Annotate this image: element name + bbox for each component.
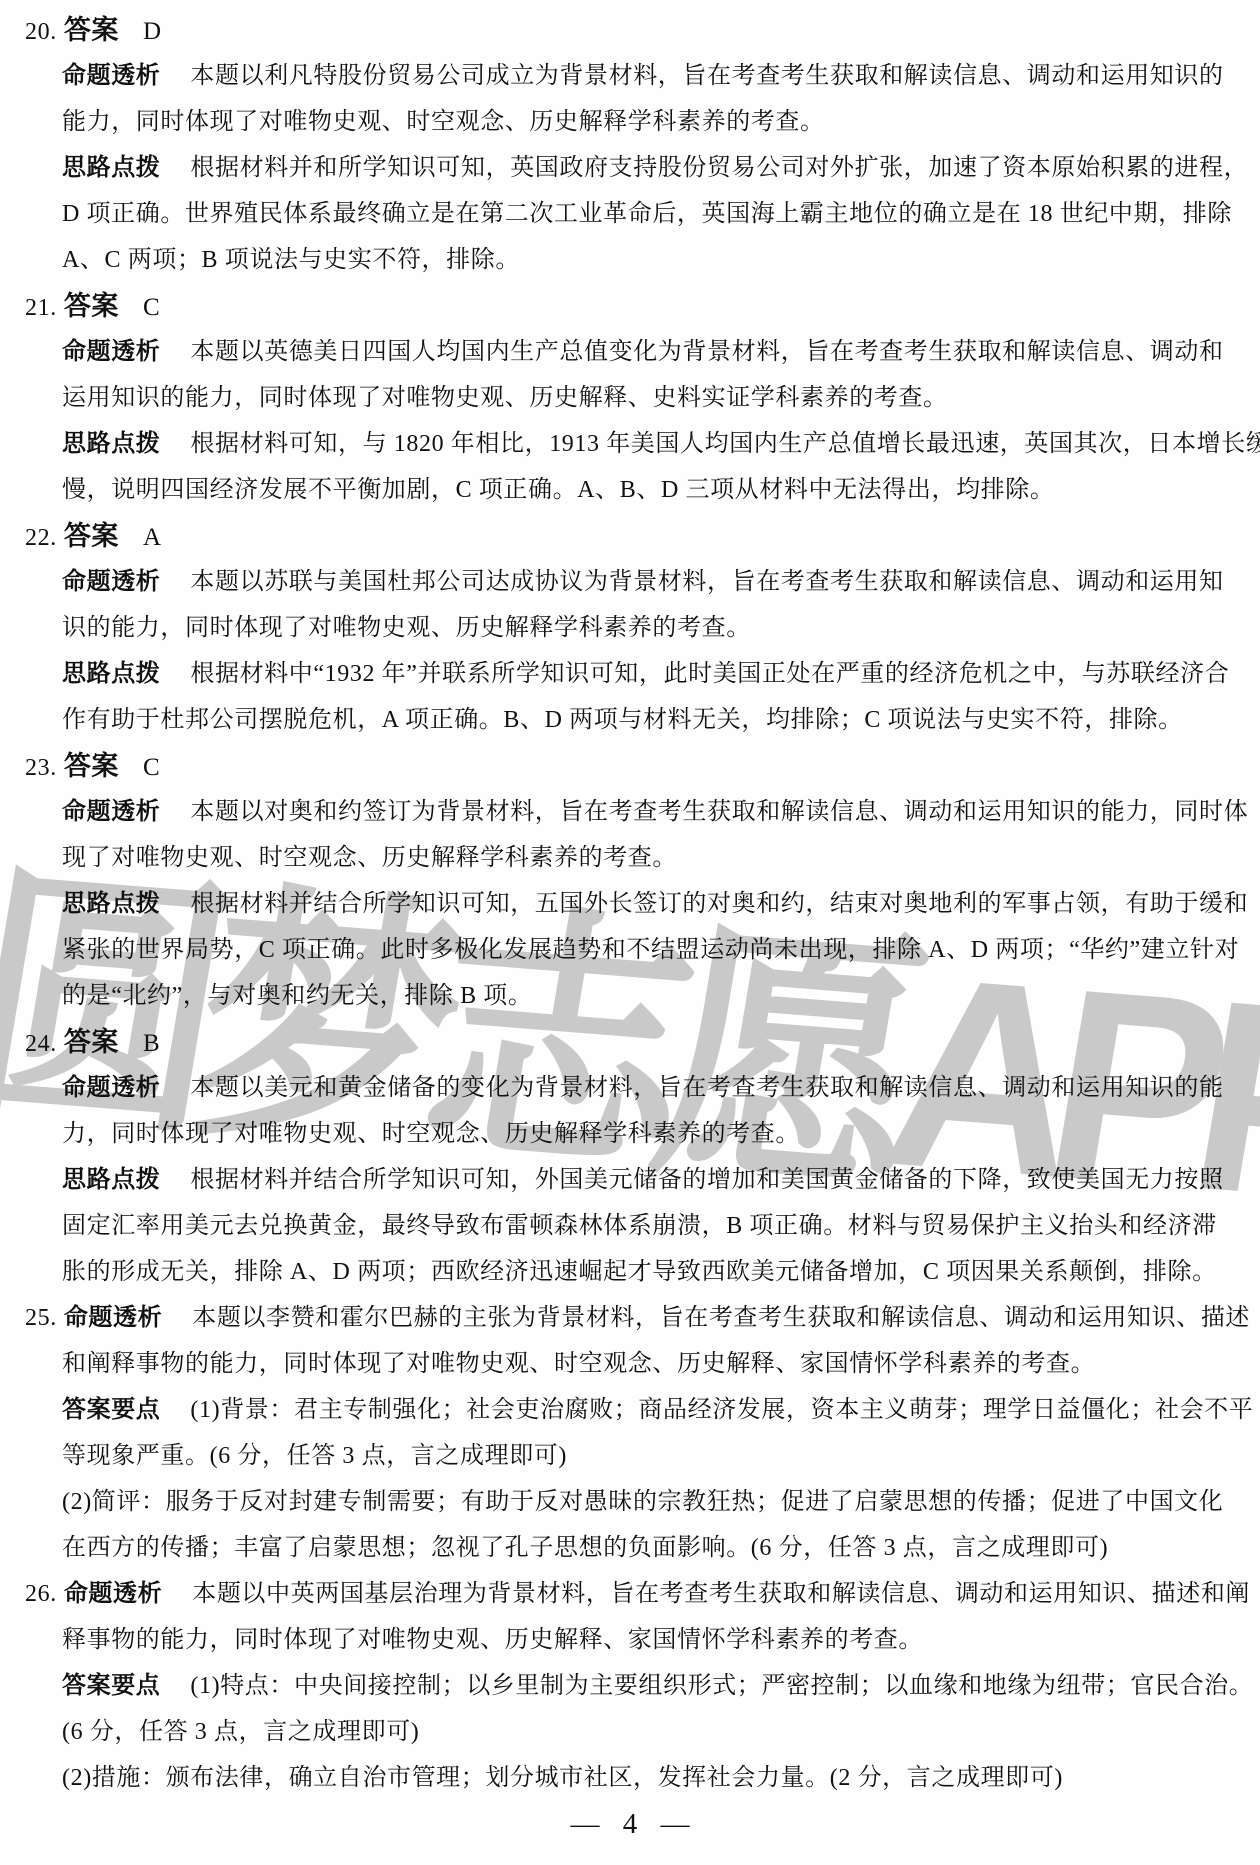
text-segment: 根据材料并结合所学知识可知，五国外长签订的对奥和约，结束对奥地利的军事占领，有助… [190, 891, 1248, 917]
text-line: 的是“北约”，与对奥和约无关，排除 B 项。 [0, 973, 1260, 1019]
section-label: 思路点拨 [62, 154, 160, 181]
text-line: 识的能力，同时体现了对唯物史观、历史解释学科素养的考查。 [0, 605, 1260, 651]
text-line: 21.答案C [0, 283, 1260, 329]
text-segment: 在西方的传播；丰富了启蒙思想；忽视了孔子思想的负面影响。(6 分，任答 3 点，… [62, 1535, 1108, 1561]
text-segment: 识的能力，同时体现了对唯物史观、历史解释学科素养的考查。 [62, 615, 751, 641]
text-segment: 等现象严重。(6 分，任答 3 点，言之成理即可) [62, 1443, 567, 1469]
question-number: 22. [25, 525, 57, 551]
section-label: 命题透析 [62, 798, 160, 825]
text-line: 命题透析本题以美元和黄金储备的变化为背景材料，旨在考查考生获取和解读信息、调动和… [0, 1065, 1260, 1111]
text-line: 慢，说明四国经济发展不平衡加剧，C 项正确。A、B、D 三项从材料中无法得出，均… [0, 467, 1260, 513]
section-label: 命题透析 [64, 1580, 162, 1607]
text-line: D 项正确。世界殖民体系最终确立是在第二次工业革命后，英国海上霸主地位的确立是在… [0, 191, 1260, 237]
answer-letter: C [143, 294, 160, 321]
text-segment: 根据材料并和所学知识可知，英国政府支持股份贸易公司对外扩张，加速了资本原始积累的… [190, 155, 1248, 181]
text-segment: D 项正确。世界殖民体系最终确立是在第二次工业革命后，英国海上霸主地位的确立是在… [62, 201, 1232, 227]
text-segment: (1)背景：君主专制强化；社会吏治腐败；商品经济发展，资本主义萌芽；理学日益僵化… [190, 1397, 1253, 1423]
text-segment: 紧张的世界局势，C 项正确。此时多极化发展趋势和不结盟运动尚未出现，排除 A、D… [62, 937, 1239, 963]
text-line: 固定汇率用美元去兑换黄金，最终导致布雷顿森林体系崩溃，B 项正确。材料与贸易保护… [0, 1203, 1260, 1249]
text-segment: 胀的形成无关，排除 A、D 两项；西欧经济迅速崛起才导致西欧美元储备增加，C 项… [62, 1259, 1217, 1285]
text-line: 24.答案B [0, 1019, 1260, 1065]
page-footer: — 4 — [0, 1801, 1260, 1847]
section-label: 思路点拨 [62, 660, 160, 687]
text-line: 释事物的能力，同时体现了对唯物史观、历史解释、家国情怀学科素养的考查。 [0, 1617, 1260, 1663]
answer-letter: A [143, 524, 162, 551]
text-line: 思路点拨根据材料中“1932 年”并联系所学知识可知，此时美国正处在严重的经济危… [0, 651, 1260, 697]
page: 圆梦志愿APP 20.答案D命题透析本题以利凡特股份贸易公司成立为背景材料，旨在… [0, 0, 1260, 1865]
answer-label: 答案 [64, 521, 119, 551]
text-line: 命题透析本题以苏联与美国杜邦公司达成协议为背景材料，旨在考查考生获取和解读信息、… [0, 559, 1260, 605]
answer-letter: B [143, 1030, 160, 1057]
question-number: 21. [25, 295, 57, 321]
text-segment: 本题以李赞和霍尔巴赫的主张为背景材料，旨在考查考生获取和解读信息、调动和运用知识… [192, 1305, 1250, 1331]
text-segment: 本题以苏联与美国杜邦公司达成协议为背景材料，旨在考查考生获取和解读信息、调动和运… [190, 569, 1223, 595]
text-line: 力，同时体现了对唯物史观、时空观念、历史解释学科素养的考查。 [0, 1111, 1260, 1157]
text-line: 命题透析本题以对奥和约签订为背景材料，旨在考查考生获取和解读信息、调动和运用知识… [0, 789, 1260, 835]
text-line: 胀的形成无关，排除 A、D 两项；西欧经济迅速崛起才导致西欧美元储备增加，C 项… [0, 1249, 1260, 1295]
answer-letter: D [143, 18, 162, 45]
question-number: 20. [25, 19, 57, 45]
text-segment: 力，同时体现了对唯物史观、时空观念、历史解释学科素养的考查。 [62, 1121, 800, 1147]
text-line: 能力，同时体现了对唯物史观、时空观念、历史解释学科素养的考查。 [0, 99, 1260, 145]
text-line: 25.命题透析本题以李赞和霍尔巴赫的主张为背景材料，旨在考查考生获取和解读信息、… [0, 1295, 1260, 1341]
text-line: 26.命题透析本题以中英两国基层治理为背景材料，旨在考查考生获取和解读信息、调动… [0, 1571, 1260, 1617]
text-line: 紧张的世界局势，C 项正确。此时多极化发展趋势和不结盟运动尚未出现，排除 A、D… [0, 927, 1260, 973]
text-line: 答案要点(1)背景：君主专制强化；社会吏治腐败；商品经济发展，资本主义萌芽；理学… [0, 1387, 1260, 1433]
text-line: (6 分，任答 3 点，言之成理即可) [0, 1709, 1260, 1755]
text-line: 答案要点(1)特点：中央间接控制；以乡里制为主要组织形式；严密控制；以血缘和地缘… [0, 1663, 1260, 1709]
text-segment: 固定汇率用美元去兑换黄金，最终导致布雷顿森林体系崩溃，B 项正确。材料与贸易保护… [62, 1213, 1217, 1239]
text-line: (2)简评：服务于反对封建专制需要；有助于反对愚昧的宗教狂热；促进了启蒙思想的传… [0, 1479, 1260, 1525]
section-label: 答案要点 [62, 1396, 160, 1423]
section-label: 命题透析 [64, 1304, 162, 1331]
text-line: 运用知识的能力，同时体现了对唯物史观、历史解释、史料实证学科素养的考查。 [0, 375, 1260, 421]
section-label: 答案要点 [62, 1672, 160, 1699]
answer-label: 答案 [64, 1027, 119, 1057]
text-segment: A、C 两项；B 项说法与史实不符，排除。 [62, 247, 520, 273]
text-segment: 和阐释事物的能力，同时体现了对唯物史观、时空观念、历史解释、家国情怀学科素养的考… [62, 1351, 1095, 1377]
text-segment: 释事物的能力，同时体现了对唯物史观、历史解释、家国情怀学科素养的考查。 [62, 1627, 923, 1653]
text-line: 命题透析本题以利凡特股份贸易公司成立为背景材料，旨在考查考生获取和解读信息、调动… [0, 53, 1260, 99]
text-line: (2)措施：颁布法律，确立自治市管理；划分城市社区，发挥社会力量。(2 分，言之… [0, 1755, 1260, 1801]
text-line: 命题透析本题以英德美日四国人均国内生产总值变化为背景材料，旨在考查考生获取和解读… [0, 329, 1260, 375]
section-label: 命题透析 [62, 568, 160, 595]
answer-label: 答案 [64, 291, 119, 321]
text-line: 23.答案C [0, 743, 1260, 789]
answers-content: 20.答案D命题透析本题以利凡特股份贸易公司成立为背景材料，旨在考查考生获取和解… [0, 0, 1260, 1801]
section-label: 命题透析 [62, 1074, 160, 1101]
text-segment: 的是“北约”，与对奥和约无关，排除 B 项。 [62, 983, 533, 1009]
text-segment: 能力，同时体现了对唯物史观、时空观念、历史解释学科素养的考查。 [62, 109, 825, 135]
text-line: 在西方的传播；丰富了启蒙思想；忽视了孔子思想的负面影响。(6 分，任答 3 点，… [0, 1525, 1260, 1571]
text-segment: (2)措施：颁布法律，确立自治市管理；划分城市社区，发挥社会力量。(2 分，言之… [62, 1765, 1063, 1791]
text-segment: 根据材料并结合所学知识可知，外国美元储备的增加和美国黄金储备的下降，致使美国无力… [190, 1167, 1223, 1193]
question-number: 25. [25, 1305, 57, 1331]
text-line: 22.答案A [0, 513, 1260, 559]
answer-label: 答案 [64, 751, 119, 781]
text-segment: 本题以利凡特股份贸易公司成立为背景材料，旨在考查考生获取和解读信息、调动和运用知… [190, 63, 1223, 89]
text-line: 思路点拨根据材料可知，与 1820 年相比，1913 年美国人均国内生产总值增长… [0, 421, 1260, 467]
section-label: 命题透析 [62, 338, 160, 365]
section-label: 思路点拨 [62, 430, 160, 457]
text-segment: 运用知识的能力，同时体现了对唯物史观、历史解释、史料实证学科素养的考查。 [62, 385, 948, 411]
text-line: 现了对唯物史观、时空观念、历史解释学科素养的考查。 [0, 835, 1260, 881]
text-line: 20.答案D [0, 7, 1260, 53]
section-label: 命题透析 [62, 62, 160, 89]
question-number: 24. [25, 1031, 57, 1057]
text-segment: 本题以英德美日四国人均国内生产总值变化为背景材料，旨在考查考生获取和解读信息、调… [190, 339, 1223, 365]
text-line: 作有助于杜邦公司摆脱危机，A 项正确。B、D 两项与材料无关，均排除；C 项说法… [0, 697, 1260, 743]
text-line: 思路点拨根据材料并和所学知识可知，英国政府支持股份贸易公司对外扩张，加速了资本原… [0, 145, 1260, 191]
text-segment: 根据材料可知，与 1820 年相比，1913 年美国人均国内生产总值增长最迅速，… [190, 431, 1260, 457]
text-line: 等现象严重。(6 分，任答 3 点，言之成理即可) [0, 1433, 1260, 1479]
text-segment: 根据材料中“1932 年”并联系所学知识可知，此时美国正处在严重的经济危机之中，… [190, 661, 1229, 687]
text-segment: (1)特点：中央间接控制；以乡里制为主要组织形式；严密控制；以血缘和地缘为纽带；… [190, 1673, 1253, 1699]
text-line: 和阐释事物的能力，同时体现了对唯物史观、时空观念、历史解释、家国情怀学科素养的考… [0, 1341, 1260, 1387]
text-segment: 本题以美元和黄金储备的变化为背景材料，旨在考查考生获取和解读信息、调动和运用知识… [190, 1075, 1223, 1101]
question-number: 26. [25, 1581, 57, 1607]
text-segment: 现了对唯物史观、时空观念、历史解释学科素养的考查。 [62, 845, 677, 871]
text-line: 思路点拨根据材料并结合所学知识可知，外国美元储备的增加和美国黄金储备的下降，致使… [0, 1157, 1260, 1203]
text-segment: 本题以中英两国基层治理为背景材料，旨在考查考生获取和解读信息、调动和运用知识、描… [192, 1581, 1250, 1607]
text-segment: (6 分，任答 3 点，言之成理即可) [62, 1719, 419, 1745]
answer-letter: C [143, 754, 160, 781]
text-segment: (2)简评：服务于反对封建专制需要；有助于反对愚昧的宗教狂热；促进了启蒙思想的传… [62, 1489, 1223, 1515]
section-label: 思路点拨 [62, 1166, 160, 1193]
answer-label: 答案 [64, 15, 119, 45]
question-number: 23. [25, 755, 57, 781]
page-number: — 4 — [571, 1808, 690, 1840]
text-segment: 慢，说明四国经济发展不平衡加剧，C 项正确。A、B、D 三项从材料中无法得出，均… [62, 477, 1054, 503]
text-line: 思路点拨根据材料并结合所学知识可知，五国外长签订的对奥和约，结束对奥地利的军事占… [0, 881, 1260, 927]
section-label: 思路点拨 [62, 890, 160, 917]
text-segment: 本题以对奥和约签订为背景材料，旨在考查考生获取和解读信息、调动和运用知识的能力，… [190, 799, 1248, 825]
text-line: A、C 两项；B 项说法与史实不符，排除。 [0, 237, 1260, 283]
text-segment: 作有助于杜邦公司摆脱危机，A 项正确。B、D 两项与材料无关，均排除；C 项说法… [62, 707, 1183, 733]
